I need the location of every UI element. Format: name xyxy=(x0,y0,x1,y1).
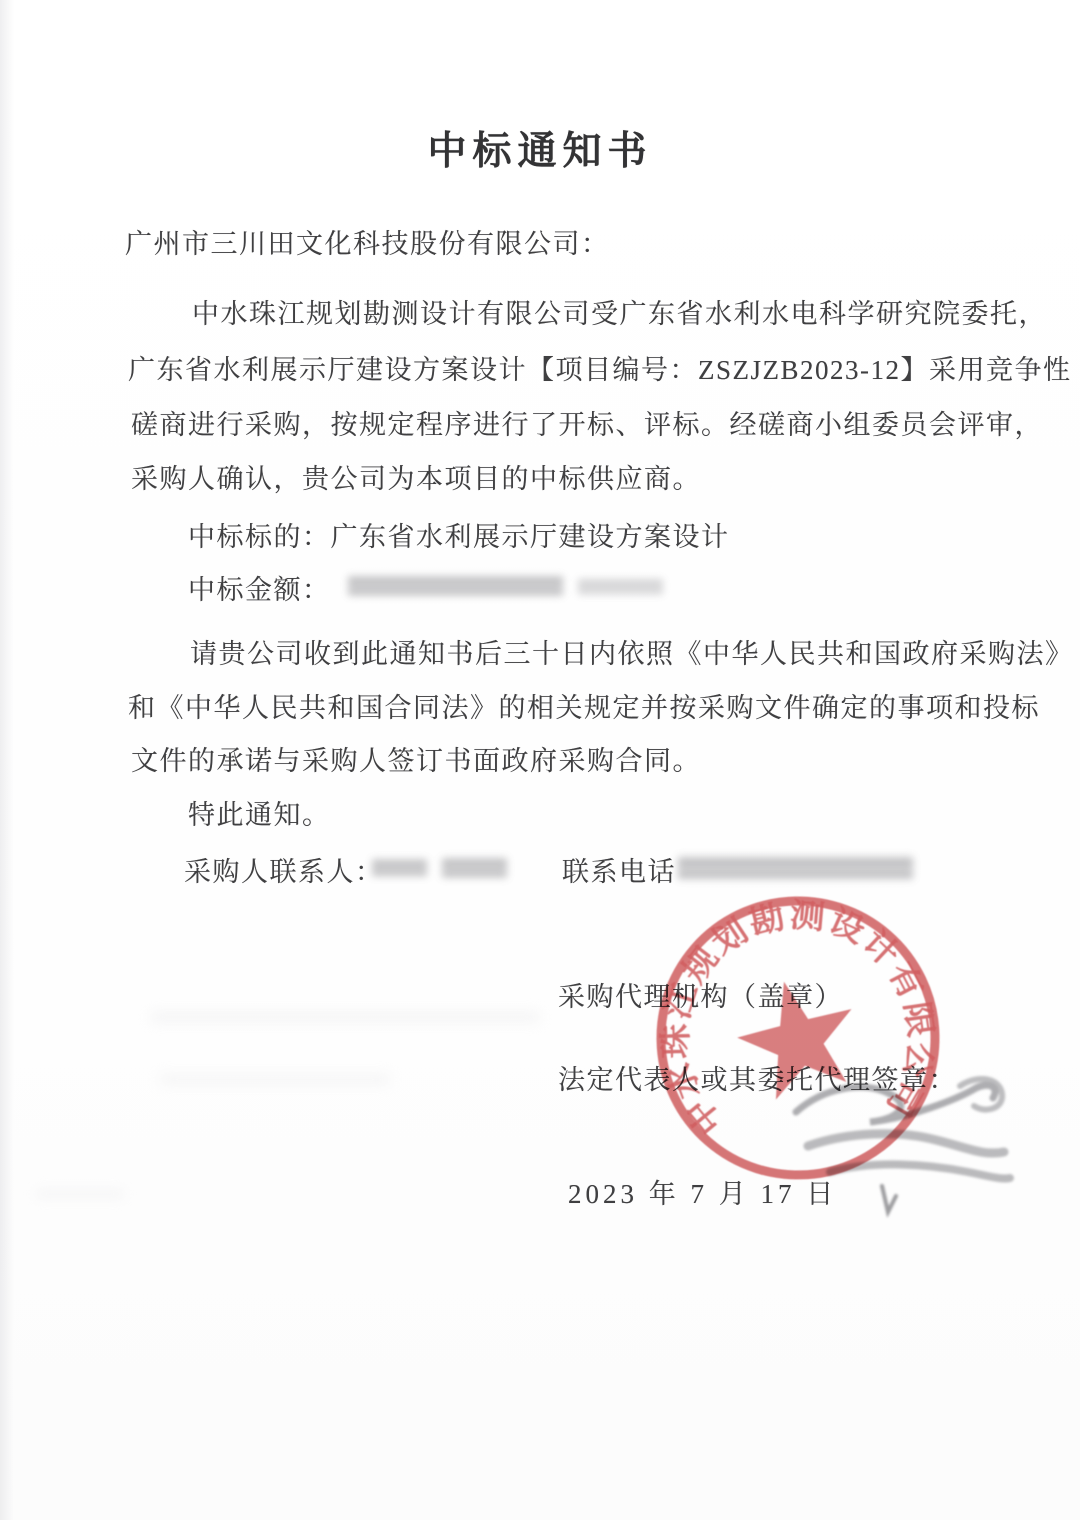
scan-artifact xyxy=(160,1075,390,1084)
bid-amount-label: 中标金额： xyxy=(188,568,331,607)
document-page: 中标通知书 广州市三川田文化科技股份有限公司： 中水珠江规划勘测设计有限公司受广… xyxy=(0,0,1080,1520)
body-paragraph1-line1: 中水珠江规划勘测设计有限公司受广东省水利水电科学研究院委托， xyxy=(192,292,1047,331)
redacted-bid-amount xyxy=(348,568,658,604)
body-paragraph2-line3: 文件的承诺与采购人签订书面政府采购合同。 xyxy=(131,739,701,778)
redacted-contact-person xyxy=(372,850,512,886)
body-paragraph2-line1: 请贵公司收到此通知书后三十日内依照《中华人民共和国政府采购法》 xyxy=(190,632,1074,671)
contact-person-label: 采购人联系人： xyxy=(184,850,384,889)
handwritten-signature xyxy=(778,1060,1018,1230)
bid-subject-line: 中标标的：广东省水利展示厅建设方案设计 xyxy=(188,515,730,554)
body-paragraph1-line3: 磋商进行采购，按规定程序进行了开标、评标。经磋商小组委员会评审， xyxy=(131,403,1043,442)
scan-artifact xyxy=(150,1012,540,1022)
scan-artifact xyxy=(35,1190,125,1198)
body-paragraph1-line2: 广东省水利展示厅建设方案设计【项目编号：ZSZJZB2023-12】采用竞争性 xyxy=(128,348,1072,387)
body-paragraph1-line4: 采购人确认，贵公司为本项目的中标供应商。 xyxy=(131,457,701,496)
contact-phone-label: 联系电话 xyxy=(562,850,676,889)
notice-line: 特此通知。 xyxy=(188,793,331,832)
addressee-line: 广州市三川田文化科技股份有限公司： xyxy=(125,222,610,261)
document-title: 中标通知书 xyxy=(0,120,1080,176)
body-paragraph2-line2: 和《中华人民共和国合同法》的相关规定并按采购文件确定的事项和投标 xyxy=(128,686,1040,725)
